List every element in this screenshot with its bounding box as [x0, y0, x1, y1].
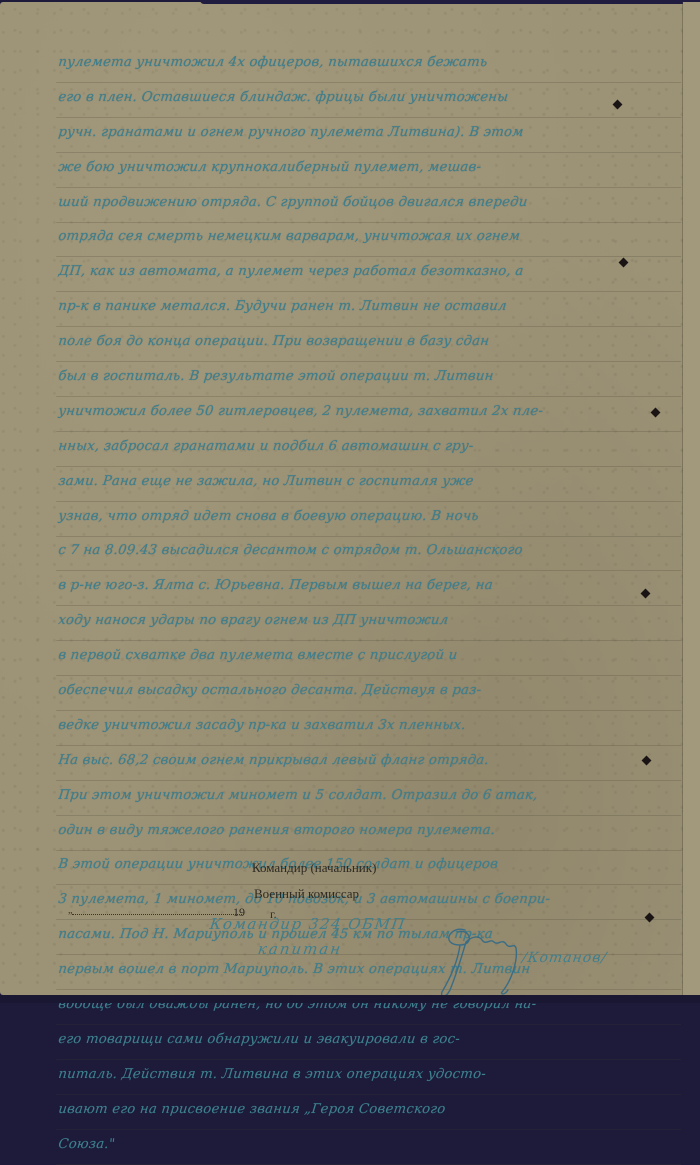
handwritten-line: в первой схватке два пулемета вместе с п… — [56, 641, 685, 676]
handwritten-line: же бою уничтожил крупнокалиберный пулеме… — [56, 153, 685, 188]
handwritten-line: ходу нанося удары по врагу огнем из ДП у… — [56, 606, 685, 641]
scan-edge-shadow — [200, 0, 700, 4]
handwritten-line: был в госпиталь. В результате этой опера… — [56, 362, 685, 397]
handwritten-line: в р-не юго-з. Ялта с. Юрьевна. Первым вы… — [56, 571, 685, 606]
handwritten-line: его в плен. Оставшиеся блиндаж. фрицы бы… — [56, 83, 685, 118]
handwritten-line: При этом уничтожил миномет и 5 солдат. О… — [56, 781, 685, 816]
handwritten-line: уничтожил более 50 гитлеровцев, 2 пулеме… — [56, 397, 685, 432]
handwritten-line: отряда сея смерть немецким варварам, уни… — [56, 222, 685, 257]
handwritten-line: узнав, что отряд идет снова в боевую опе… — [56, 502, 685, 537]
handwritten-line: зами. Рана еще не зажила, но Литвин с го… — [56, 467, 685, 502]
handwritten-line: ведке уничтожил засаду пр-ка и захватил … — [56, 711, 685, 746]
scan-bottom-edge — [0, 995, 700, 1003]
handwritten-line: пулемета уничтожил 4х офицеров, пытавших… — [56, 48, 685, 83]
handwritten-line: поле боя до конца операции. При возвраще… — [56, 327, 685, 362]
handwritten-line: ший продвижению отряда. С группой бойцов… — [56, 188, 685, 223]
handwritten-line: ДП, как из автомата, а пулемет через раб… — [56, 257, 685, 292]
page-margin-strip — [683, 2, 700, 995]
signatory-rank: капитан — [257, 940, 344, 958]
signatory-title: Командир 324 ОБМП — [209, 915, 408, 933]
printed-commander-label: Командир (начальник) — [252, 860, 376, 876]
handwritten-line: один в виду тяжелого ранения второго ном… — [56, 816, 685, 851]
handwritten-line: пр-к в панике метался. Будучи ранен т. Л… — [56, 292, 685, 327]
page-fold-line — [682, 2, 683, 995]
document-page: пулемета уничтожил 4х офицеров, пытавших… — [0, 2, 690, 995]
handwritten-line: ручн. гранатами и огнем ручного пулемета… — [56, 118, 685, 153]
handwritten-line: На выс. 68,2 своим огнем прикрывал левый… — [56, 746, 685, 781]
handwritten-line: с 7 на 8.09.43 высадился десантом с отря… — [56, 536, 685, 571]
handwritten-signature-icon — [430, 920, 550, 1000]
printed-commissar-label: Военный комиссар — [254, 886, 359, 902]
handwritten-line: нных, забросал гранатами и подбил 6 авто… — [56, 432, 685, 467]
handwritten-line: обеспечил высадку остального десанта. Де… — [56, 676, 685, 711]
